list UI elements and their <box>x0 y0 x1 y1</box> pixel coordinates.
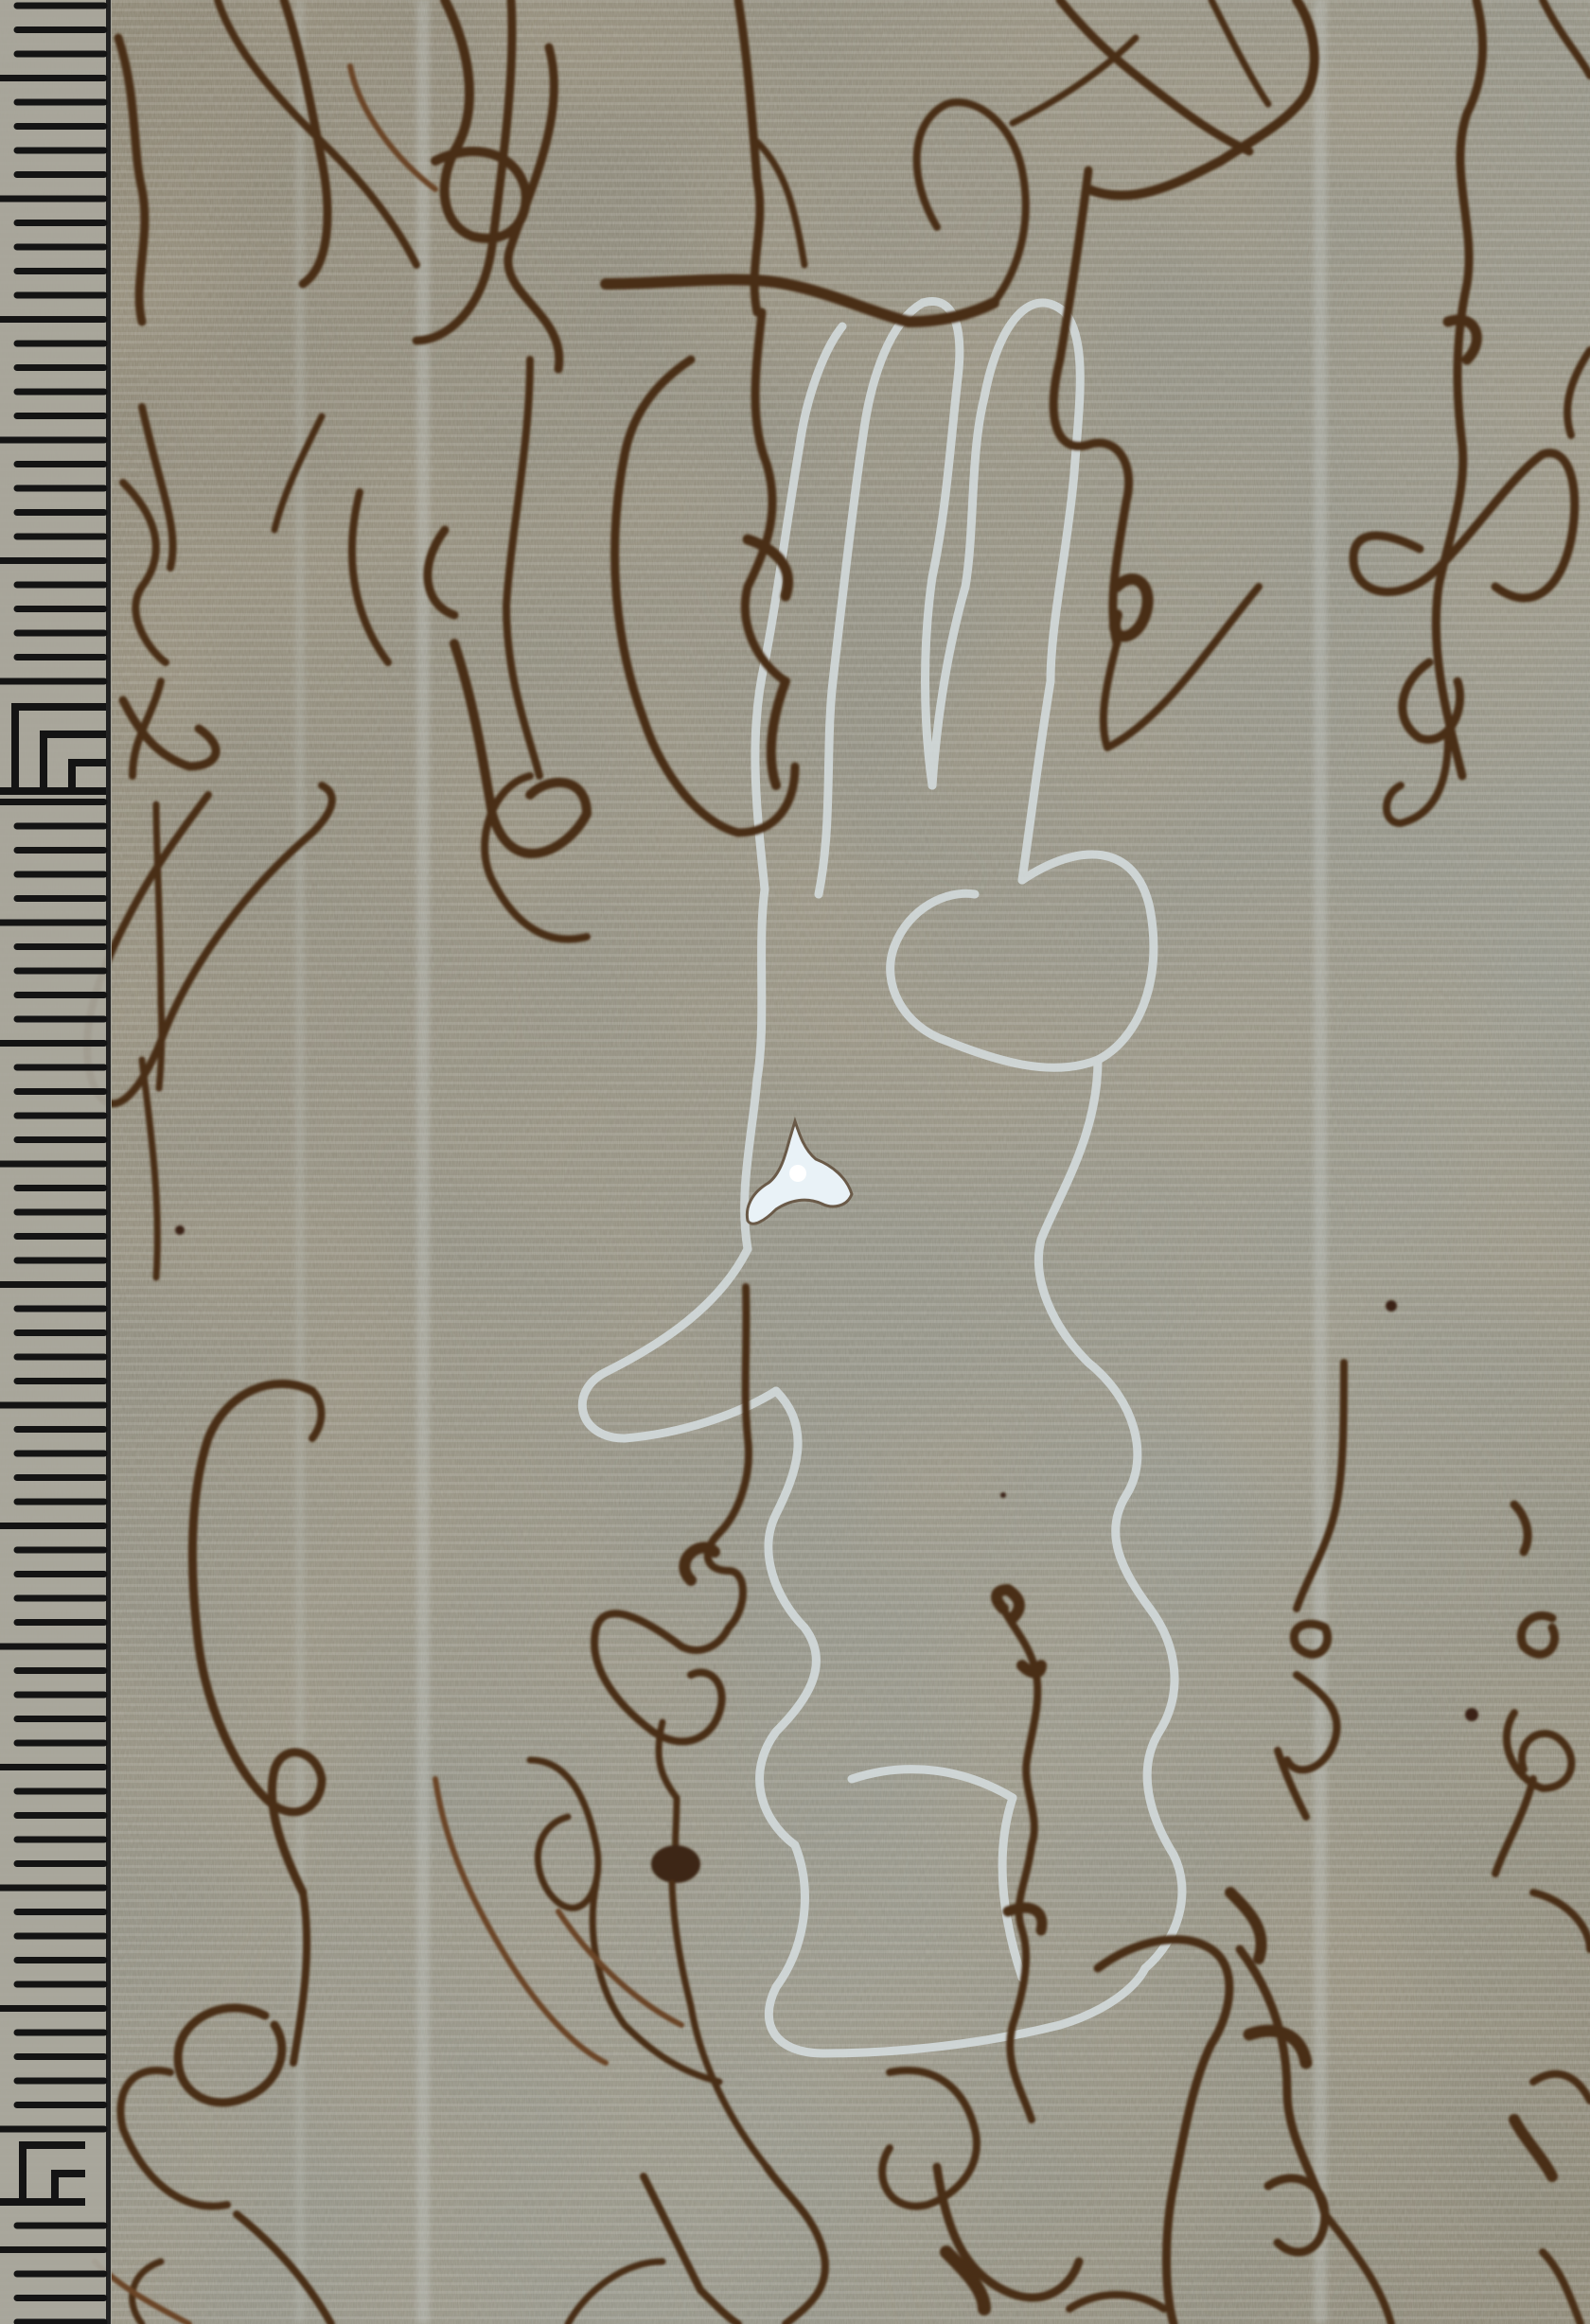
measuring-ruler <box>0 0 112 2324</box>
paper-canvas <box>0 0 1590 2324</box>
paper-photograph: Transmitted-light photograph of laid pap… <box>0 0 1590 2324</box>
